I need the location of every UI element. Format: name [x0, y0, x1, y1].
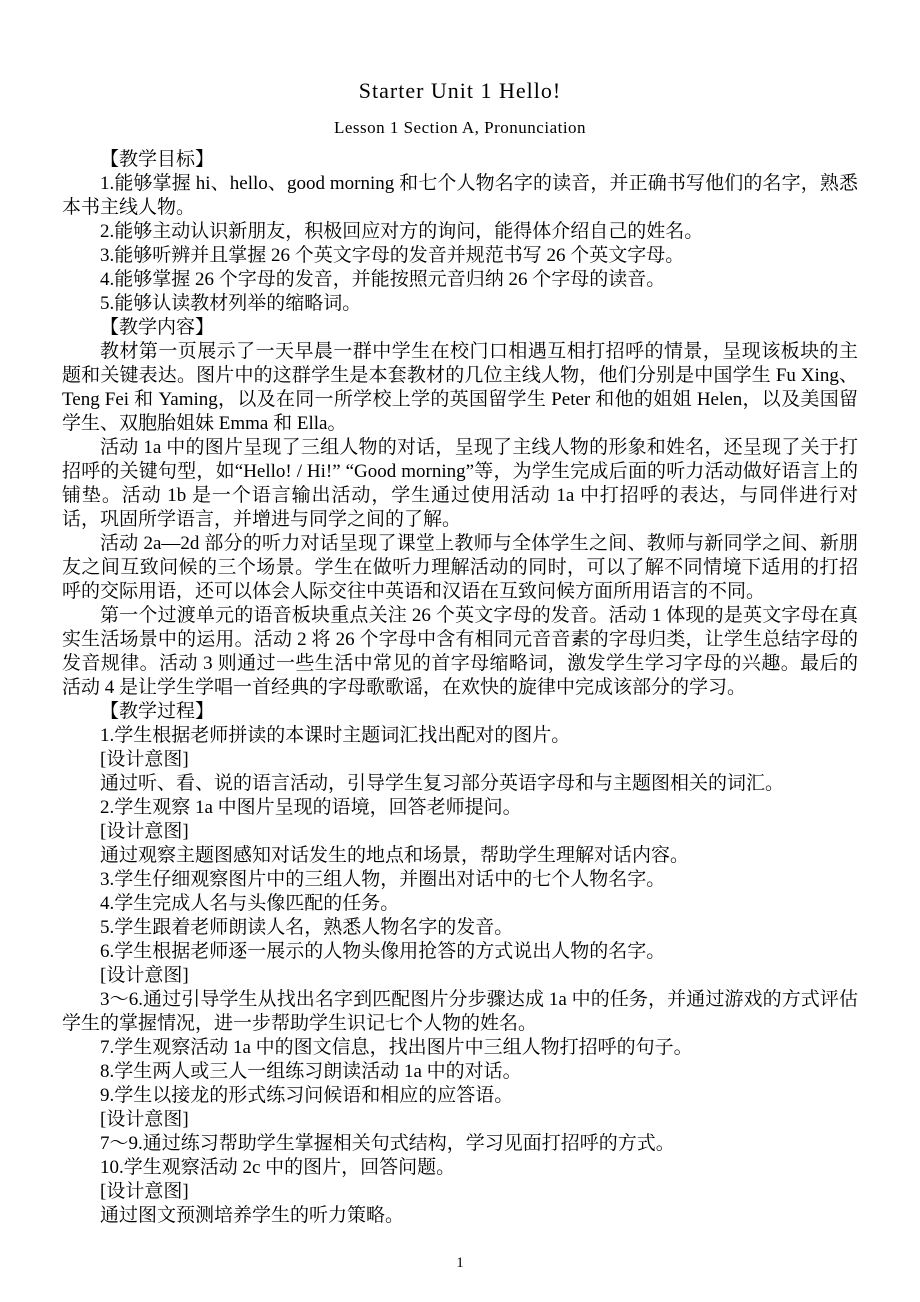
paragraph: 5.学生跟着老师朗读人名，熟悉人物名字的发音。 [62, 916, 858, 940]
paragraph: 8.学生两人或三人一组练习朗读活动 1a 中的对话。 [62, 1060, 858, 1084]
section-heading: 【教学目标】 [62, 148, 858, 172]
section-heading: 【教学内容】 [62, 316, 858, 340]
paragraph: 教材第一页展示了一天早晨一群中学生在校门口相遇互相打招呼的情景，呈现该板块的主题… [62, 340, 858, 436]
paragraph: 4.能够掌握 26 个字母的发音，并能按照元音归纳 26 个字母的读音。 [62, 268, 858, 292]
section-heading: 【教学过程】 [62, 700, 858, 724]
paragraph: 2.能够主动认识新朋友，积极回应对方的询问，能得体介绍自己的姓名。 [62, 220, 858, 244]
paragraph: [设计意图] [62, 1108, 858, 1132]
paragraph: 3.学生仔细观察图片中的三组人物，并圈出对话中的七个人物名字。 [62, 868, 858, 892]
document-title: Starter Unit 1 Hello! [62, 76, 858, 106]
paragraph: 5.能够认读教材列举的缩略词。 [62, 292, 858, 316]
paragraph: 4.学生完成人名与头像匹配的任务。 [62, 892, 858, 916]
paragraph: 6.学生根据老师逐一展示的人物头像用抢答的方式说出人物的名字。 [62, 940, 858, 964]
paragraph: [设计意图] [62, 964, 858, 988]
paragraph: 第一个过渡单元的语音板块重点关注 26 个英文字母的发音。活动 1 体现的是英文… [62, 604, 858, 700]
paragraph: [设计意图] [62, 1180, 858, 1204]
paragraph: 9.学生以接龙的形式练习问候语和相应的应答语。 [62, 1084, 858, 1108]
paragraph: 2.学生观察 1a 中图片呈现的语境，回答老师提问。 [62, 796, 858, 820]
document-body: 【教学目标】1.能够掌握 hi、hello、good morning 和七个人物… [62, 148, 858, 1228]
paragraph: [设计意图] [62, 748, 858, 772]
paragraph: 3.能够听辨并且掌握 26 个英文字母的发音并规范书写 26 个英文字母。 [62, 244, 858, 268]
page-number: 1 [0, 1254, 920, 1272]
paragraph: 3～6.通过引导学生从找出名字到匹配图片分步骤达成 1a 中的任务，并通过游戏的… [62, 988, 858, 1036]
paragraph: 10.学生观察活动 2c 中的图片，回答问题。 [62, 1156, 858, 1180]
paragraph: 1.学生根据老师拼读的本课时主题词汇找出配对的图片。 [62, 724, 858, 748]
paragraph: 7.学生观察活动 1a 中的图文信息，找出图片中三组人物打招呼的句子。 [62, 1036, 858, 1060]
paragraph: 活动 1a 中的图片呈现了三组人物的对话，呈现了主线人物的形象和姓名，还呈现了关… [62, 436, 858, 532]
paragraph: [设计意图] [62, 820, 858, 844]
paragraph: 7～9.通过练习帮助学生掌握相关句式结构，学习见面打招呼的方式。 [62, 1132, 858, 1156]
document-subtitle: Lesson 1 Section A, Pronunciation [62, 116, 858, 140]
document-page: Starter Unit 1 Hello! Lesson 1 Section A… [0, 0, 920, 1302]
paragraph: 通过观察主题图感知对话发生的地点和场景，帮助学生理解对话内容。 [62, 844, 858, 868]
paragraph: 通过听、看、说的语言活动，引导学生复习部分英语字母和与主题图相关的词汇。 [62, 772, 858, 796]
paragraph: 活动 2a—2d 部分的听力对话呈现了课堂上教师与全体学生之间、教师与新同学之间… [62, 532, 858, 604]
paragraph: 1.能够掌握 hi、hello、good morning 和七个人物名字的读音，… [62, 172, 858, 220]
paragraph: 通过图文预测培养学生的听力策略。 [62, 1204, 858, 1228]
